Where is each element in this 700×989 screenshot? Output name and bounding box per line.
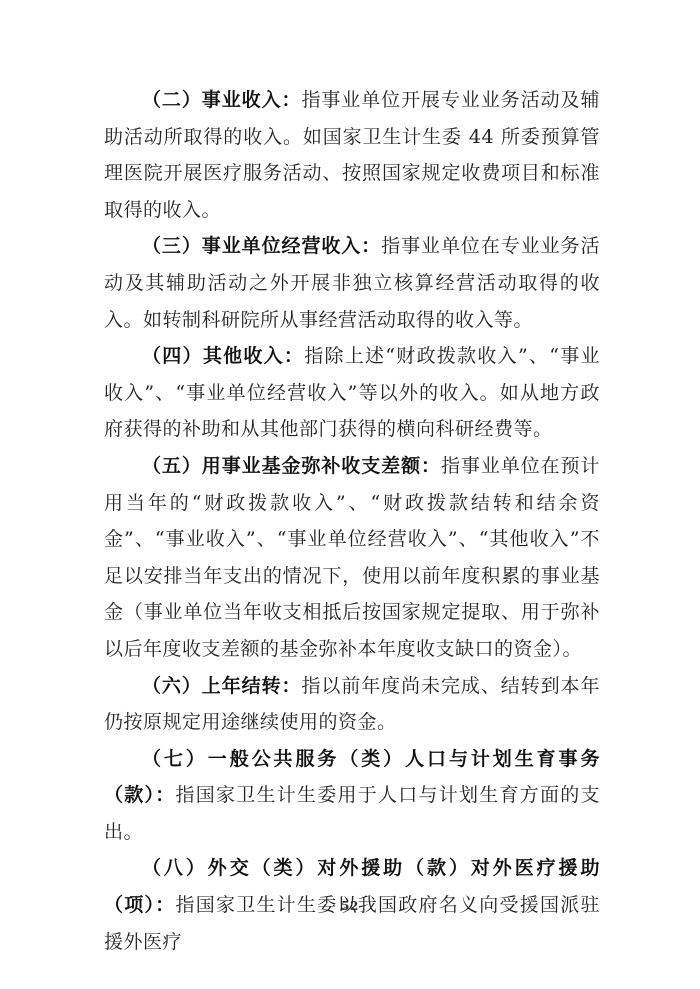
paragraph-body: 指事业单位在预计用当年的“财政拨款收入”、“财政拨款结转和结余资金”、“事业收入… bbox=[104, 455, 600, 660]
page-number: 52 bbox=[0, 899, 700, 913]
paragraph-heading: （二）事业收入： bbox=[142, 89, 301, 111]
paragraph: （三）事业单位经营收入：指事业单位在专业业务活动及其辅助活动之外开展非独立核算经… bbox=[104, 228, 600, 338]
paragraph-heading: （五）用事业基金弥补收支差额： bbox=[142, 455, 441, 477]
paragraph: （七）一般公共服务（类）人口与计划生育事务（款）：指国家卫生计生委用于人口与计划… bbox=[104, 741, 600, 851]
paragraph-body: 指国家卫生计生委用于人口与计划生育方面的支出。 bbox=[104, 784, 600, 843]
text-block: （二）事业收入：指事业单位开展专业业务活动及辅助活动所取得的收入。如国家卫生计生… bbox=[104, 82, 600, 960]
paragraph: （六）上年结转：指以前年度尚未完成、结转到本年仍按原规定用途继续使用的资金。 bbox=[104, 668, 600, 741]
paragraph: （二）事业收入：指事业单位开展专业业务活动及辅助活动所取得的收入。如国家卫生计生… bbox=[104, 82, 600, 228]
paragraph-heading: （四）其他收入： bbox=[142, 345, 304, 367]
paragraph-heading: （三）事业单位经营收入： bbox=[142, 235, 381, 257]
paragraph: （五）用事业基金弥补收支差额：指事业单位在预计用当年的“财政拨款收入”、“财政拨… bbox=[104, 448, 600, 668]
paragraph-heading: （六）上年结转： bbox=[142, 675, 301, 697]
document-page: （二）事业收入：指事业单位开展专业业务活动及辅助活动所取得的收入。如国家卫生计生… bbox=[0, 0, 700, 989]
paragraph: （四）其他收入：指除上述“财政拨款收入”、“事业收入”、“事业单位经营收入”等以… bbox=[104, 338, 600, 448]
